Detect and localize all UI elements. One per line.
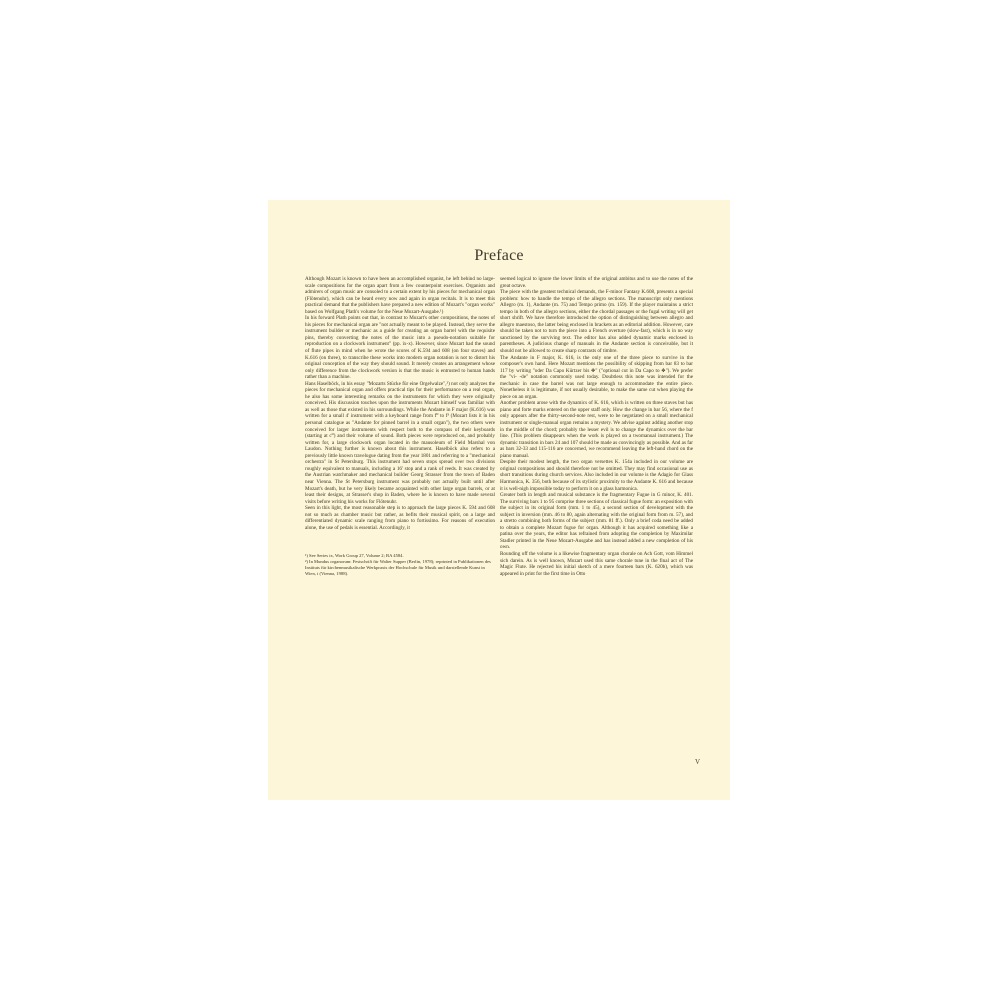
footnote: ²) In Mundus organorum: Festschrift für …: [305, 559, 495, 577]
document-page: Preface Although Mozart is known to have…: [268, 200, 730, 800]
paragraph: The piece with the greatest technical de…: [500, 289, 693, 354]
paragraph: In his forward Plath points out that, in…: [305, 315, 495, 380]
paragraph: Greater both in length and musical subst…: [500, 492, 693, 551]
paragraph: Rounding off the volume is a likewise fr…: [500, 551, 693, 577]
footnotes: ¹) See Series ix, Work Group 27, Volume …: [305, 553, 495, 577]
paragraph: Despite their modest length, the two org…: [500, 459, 693, 492]
paragraph: Although Mozart is known to have been an…: [305, 276, 495, 315]
right-column: seemed logical to ignore the lower limit…: [500, 276, 693, 577]
left-column: Although Mozart is known to have been an…: [305, 276, 495, 577]
page-number: V: [695, 758, 700, 766]
page-title: Preface: [268, 247, 730, 265]
paragraph: The Andante in F major, K. 616, is the o…: [500, 355, 693, 401]
paragraph: Another problem arose with the dynamics …: [500, 400, 693, 459]
paragraph: seemed logical to ignore the lower limit…: [500, 276, 693, 289]
paragraph: Hans Haselböck, in his essay "Mozarts St…: [305, 381, 495, 505]
paragraph: Seen in this light, the most reasonable …: [305, 505, 495, 531]
